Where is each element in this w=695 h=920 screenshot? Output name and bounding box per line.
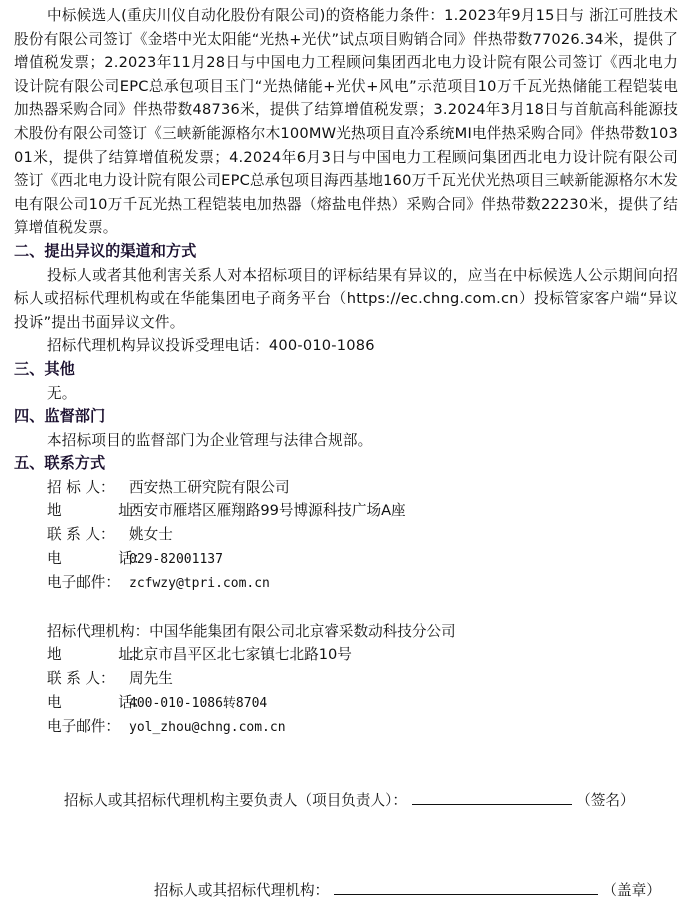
- agency-address-row: 地 址：北京市昌平区北七家镇七北路10号: [14, 643, 678, 667]
- agency-org: 中国华能集团有限公司北京睿采数动科技分公司: [149, 623, 455, 640]
- tenderer-address: 西安市雁塔区雁翔路99号博源科技广场A座: [129, 502, 406, 519]
- seal-blank: [334, 880, 598, 895]
- section-4-heading: 四、监督部门: [14, 405, 678, 429]
- tenderer-phone-row: 电 话：029-82001137: [14, 547, 678, 572]
- signature-blank: [412, 790, 572, 805]
- section-5-heading: 五、联系方式: [14, 452, 678, 476]
- agency-phone-label: 电 话：: [47, 691, 129, 715]
- responsible-suffix: （签名）: [576, 792, 634, 809]
- spacer: [14, 596, 678, 620]
- section-3-text: 无。: [14, 382, 678, 406]
- responsible-signature-line: 招标人或其招标代理机构主要负责人（项目负责人）： （签名）: [64, 790, 635, 811]
- section-2-heading: 二、提出异议的渠道和方式: [14, 240, 678, 264]
- tenderer-contact: 姚女士: [129, 526, 173, 543]
- org-seal-label: 招标人或其招标代理机构：: [154, 882, 329, 899]
- agency-email-label: 电子邮件：: [47, 715, 129, 739]
- responsible-label: 招标人或其招标代理机构主要负责人（项目负责人）：: [64, 792, 407, 809]
- tenderer-address-row: 地 址：西安市雁塔区雁翔路99号博源科技广场A座: [14, 499, 678, 523]
- objection-phone: 招标代理机构异议投诉受理电话：400-010-1086: [14, 334, 678, 358]
- org-seal-line: 招标人或其招标代理机构： （盖章）: [154, 880, 661, 901]
- tenderer-address-label: 地 址：: [47, 499, 129, 523]
- tenderer-phone-label: 电 话：: [47, 547, 129, 571]
- section-3-heading: 三、其他: [14, 358, 678, 382]
- agency-phone-row: 电 话：400-010-1086转8704: [14, 691, 678, 716]
- agency-contact-label: 联 系 人：: [47, 667, 129, 691]
- org-seal-suffix: （盖章）: [602, 882, 660, 899]
- tenderer-org-row: 招 标 人：西安热工研究院有限公司: [14, 476, 678, 500]
- agency-contact: 周先生: [129, 670, 173, 687]
- agency-org-row: 招标代理机构：中国华能集团有限公司北京睿采数动科技分公司: [14, 620, 678, 644]
- agency-contact-block: 招标代理机构：中国华能集团有限公司北京睿采数动科技分公司 地 址：北京市昌平区北…: [14, 620, 678, 740]
- agency-email-link[interactable]: yol_zhou@chng.com.cn: [129, 720, 286, 735]
- qualification-paragraph: 中标候选人(重庆川仪自动化股份有限公司)的资格能力条件：1.2023年9月15日…: [14, 4, 678, 240]
- tenderer-email-label: 电子邮件：: [47, 571, 129, 595]
- section-4-text: 本招标项目的监督部门为企业管理与法律合规部。: [14, 429, 678, 453]
- tenderer-org-label: 招 标 人：: [47, 476, 129, 500]
- agency-email-row: 电子邮件：yol_zhou@chng.com.cn: [14, 715, 678, 740]
- tenderer-contact-label: 联 系 人：: [47, 523, 129, 547]
- agency-address: 北京市昌平区北七家镇七北路10号: [129, 646, 352, 663]
- agency-contact-row: 联 系 人：周先生: [14, 667, 678, 691]
- agency-org-label: 招标代理机构：: [47, 620, 149, 644]
- document-body: 中标候选人(重庆川仪自动化股份有限公司)的资格能力条件：1.2023年9月15日…: [14, 4, 678, 740]
- tenderer-contact-row: 联 系 人：姚女士: [14, 523, 678, 547]
- agency-phone: 400-010-1086转8704: [129, 696, 267, 711]
- agency-address-label: 地 址：: [47, 643, 129, 667]
- tenderer-contact-block: 招 标 人：西安热工研究院有限公司 地 址：西安市雁塔区雁翔路99号博源科技广场…: [14, 476, 678, 596]
- tenderer-email-row: 电子邮件：zcfwzy@tpri.com.cn: [14, 571, 678, 596]
- objection-paragraph: 投标人或者其他利害关系人对本招标项目的评标结果有异议的，应当在中标候选人公示期间…: [14, 264, 678, 335]
- tenderer-org: 西安热工研究院有限公司: [129, 479, 290, 496]
- tenderer-email-link[interactable]: zcfwzy@tpri.com.cn: [129, 576, 270, 591]
- tenderer-phone: 029-82001137: [129, 552, 223, 567]
